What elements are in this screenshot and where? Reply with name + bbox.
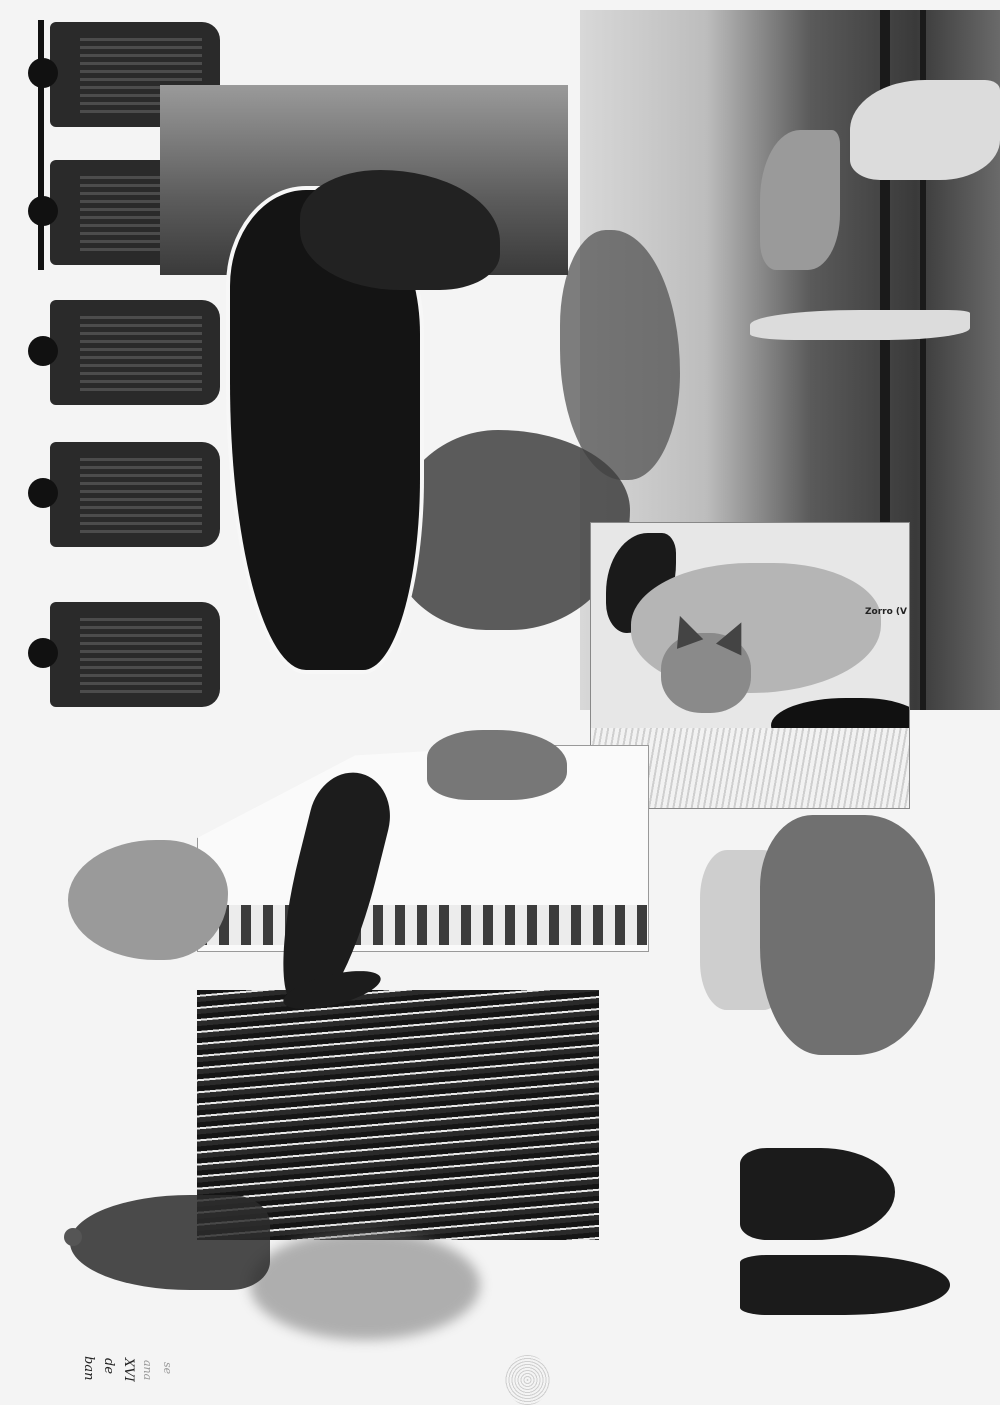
prayer-wheel — [50, 602, 220, 707]
dolphin-show-photo — [197, 720, 647, 1240]
trainer — [427, 730, 567, 800]
ink-smudge — [250, 1230, 480, 1340]
crowd — [197, 905, 647, 945]
prayer-wheel — [50, 300, 220, 405]
bell — [70, 1195, 270, 1290]
statue-foot — [740, 1148, 895, 1240]
statue-head — [760, 815, 935, 1055]
lion-figurine — [68, 840, 228, 960]
bell-knob — [64, 1228, 82, 1246]
statue-foot — [740, 1255, 950, 1315]
prayer-wheel — [50, 442, 220, 547]
sail — [850, 80, 1000, 180]
figure — [760, 130, 840, 270]
text-fragments: ban de XVI ana se — [80, 1356, 180, 1401]
fingerprint — [505, 1355, 550, 1405]
text-fragment: XVI — [121, 1358, 136, 1382]
fox-caption: Zorro (V — [865, 607, 907, 617]
oar — [750, 310, 970, 340]
text-fragment: ana — [141, 1360, 154, 1380]
text-fragment: ban — [81, 1356, 96, 1380]
text-fragment: se — [161, 1362, 174, 1374]
text-fragment: de — [101, 1358, 116, 1374]
